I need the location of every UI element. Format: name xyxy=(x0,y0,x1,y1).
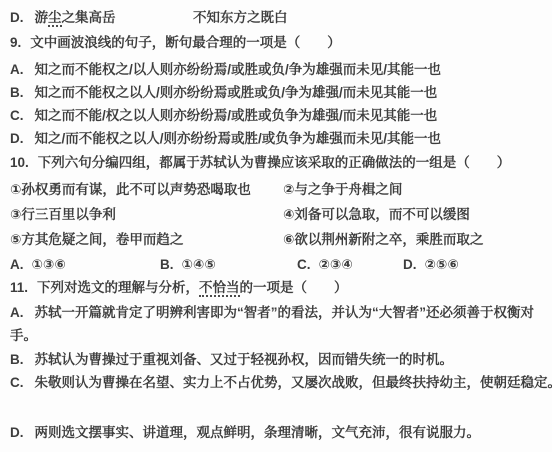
option-text: ②⑤⑥ xyxy=(425,257,459,272)
numbered-clause: ②与之争于舟楫之间 xyxy=(283,178,402,201)
option-text: 两则选文摆事实、讲道理，观点鲜明，条理清晰，文气充沛，很有说服力。 xyxy=(35,425,481,440)
q10-item-row-1: ①孙权勇而有谋，此不可以声势恐喝取也 ②与之争于舟楫之间 xyxy=(10,178,546,201)
question-number: 10. xyxy=(10,151,29,174)
option-text: ①③⑥ xyxy=(32,257,66,272)
q11-option-b: B.苏轼认为曹操过于重视刘备、又过于轻视孙权，因而错失统一的时机。 xyxy=(10,348,546,371)
q9-option-c: C.知之而不能/权之以人则亦纷纷焉/或胜或负争为雄强/而未见其能一也 xyxy=(10,104,546,127)
option-text: 知之/而不能权之以人/则亦纷纷焉或胜/或负争为雄强而未见/其能一也 xyxy=(35,131,442,146)
question-number: 11. xyxy=(10,276,28,299)
question-text-part: 下列对选文的理解与分析， xyxy=(37,280,199,295)
option-label: A. xyxy=(10,301,24,324)
option-label: D. xyxy=(10,421,24,444)
question-9-stem: 9.文中画波浪线的句子，断句最合理的一项是（ ） xyxy=(10,31,546,54)
test-paper-page: D.游尘之集高岳 不知东方之既白 9.文中画波浪线的句子，断句最合理的一项是（ … xyxy=(0,0,552,452)
q11-option-a: A.苏轼一开篇就肯定了明辨利害即为“智者”的看法，并认为“大智者”还必须善于权衡… xyxy=(10,301,546,347)
option-text: ①④⑤ xyxy=(182,257,216,272)
q10-answer-b: B.①④⑤ xyxy=(160,253,216,276)
option-label: C. xyxy=(10,371,24,394)
numbered-clause: ⑤方其危疑之间，卷甲而趋之 xyxy=(10,232,183,247)
question-text-part: 的一项是（ ） xyxy=(240,280,348,295)
q9-option-b: B.知之而不能权之以人/则亦纷纷焉或胜或负/争为雄强/而未见其能一也 xyxy=(10,81,546,104)
option-label: D. xyxy=(403,253,417,276)
option-text-part: 游 xyxy=(35,10,49,25)
question-11-stem: 11.下列对选文的理解与分析，不恰当的一项是（ ） xyxy=(10,276,546,299)
option-text-col2: 不知东方之既白 xyxy=(193,6,288,29)
option-label: D. xyxy=(10,127,24,150)
option-label: A. xyxy=(10,253,24,276)
option-label: C. xyxy=(10,104,24,127)
numbered-clause: ③行三百里以争利 xyxy=(10,207,116,222)
numbered-clause: ④刘备可以急取，而不可以缓图 xyxy=(283,203,470,226)
q10-answer-d: D.②⑤⑥ xyxy=(403,253,459,276)
option-text: 知之而不能权之/以人则亦纷纷焉/或胜或负/争为雄强而未见/其能一也 xyxy=(35,62,442,77)
question-text: 文中画波浪线的句子，断句最合理的一项是（ ） xyxy=(30,35,341,50)
question-10-stem: 10.下列六句分编四组，都属于苏轼认为曹操应该采取的正确做法的一组是（ ） xyxy=(10,151,546,174)
q10-item-row-2: ③行三百里以争利 ④刘备可以急取，而不可以缓图 xyxy=(10,203,546,226)
option-text: 知之而不能/权之以人则亦纷纷焉/或胜或负争为雄强/而未见其能一也 xyxy=(35,108,438,123)
prev-option-d-row: D.游尘之集高岳 不知东方之既白 xyxy=(10,6,546,29)
option-label: A. xyxy=(10,58,24,81)
option-label: C. xyxy=(297,253,311,276)
option-text-part: 之集高岳 xyxy=(62,10,116,25)
q9-option-d: D.知之/而不能权之以人/则亦纷纷焉或胜/或负争为雄强而未见/其能一也 xyxy=(10,127,546,150)
option-label: B. xyxy=(10,81,24,104)
question-text: 下列六句分编四组，都属于苏轼认为曹操应该采取的正确做法的一组是（ ） xyxy=(38,155,511,170)
q11-option-c: C.朱敬则认为曹操在名望、实力上不占优势，又屡次战败，但最终扶持幼主，使朝廷稳定… xyxy=(10,371,546,394)
emphasized-char: 尘 xyxy=(48,10,62,27)
q9-option-a: A.知之而不能权之/以人则亦纷纷焉/或胜或负/争为雄强而未见/其能一也 xyxy=(10,58,546,81)
numbered-clause: ⑥欲以荆州新附之卒，乘胜而取之 xyxy=(283,228,483,251)
question-number: 9. xyxy=(10,31,21,54)
option-text: 知之而不能权之以人/则亦纷纷焉或胜或负/争为雄强/而未见其能一也 xyxy=(35,85,438,100)
q10-answer-a: A.①③⑥ xyxy=(10,253,66,276)
q11-option-d: D.两则选文摆事实、讲道理，观点鲜明，条理清晰，文气充沛，很有说服力。 xyxy=(10,421,546,444)
numbered-clause: ①孙权勇而有谋，此不可以声势恐喝取也 xyxy=(10,182,251,197)
option-text: 苏轼一开篇就肯定了明辨利害即为“智者”的看法，并认为“大智者”还必须善于权衡对手… xyxy=(10,305,534,343)
option-text: 朱敬则认为曹操在名望、实力上不占优势，又屡次战败，但最终扶持幼主，使朝廷稳定。 xyxy=(35,375,552,390)
q10-answer-c: C.②③④ xyxy=(297,253,353,276)
option-text: 苏轼认为曹操过于重视刘备、又过于轻视孙权，因而错失统一的时机。 xyxy=(35,352,454,367)
emphasized-phrase: 不恰当 xyxy=(199,280,240,297)
q10-item-row-3: ⑤方其危疑之间，卷甲而趋之 ⑥欲以荆州新附之卒，乘胜而取之 xyxy=(10,228,546,251)
option-label: B. xyxy=(160,253,174,276)
option-label: B. xyxy=(10,348,24,371)
option-label: D. xyxy=(10,6,24,29)
option-text: ②③④ xyxy=(319,257,353,272)
